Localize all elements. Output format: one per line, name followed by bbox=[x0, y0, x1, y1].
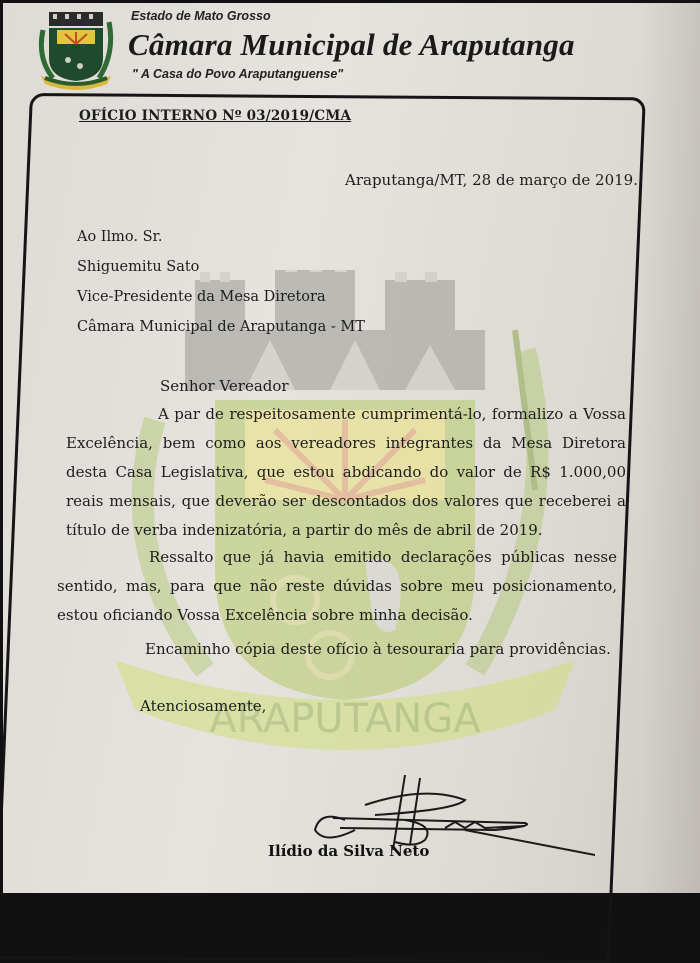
document-reference: OFÍCIO INTERNO Nº 03/2019/CMA bbox=[79, 108, 351, 124]
municipal-coat-of-arms-icon bbox=[35, 8, 117, 90]
paper-edge-shadow bbox=[640, 0, 700, 897]
institution-name: Câmara Municipal de Araputanga bbox=[128, 27, 575, 63]
photo-frame-bottom bbox=[0, 893, 700, 897]
paragraph-3: Encaminho cópia deste ofício à tesourari… bbox=[145, 640, 611, 658]
photo-frame-left bbox=[0, 0, 3, 897]
photo-frame-top bbox=[0, 0, 700, 3]
signatory-name: Ilídio da Silva Neto bbox=[268, 842, 429, 860]
greeting: Senhor Vereador bbox=[160, 377, 289, 395]
state-name: Estado de Mato Grosso bbox=[131, 9, 271, 23]
place-date: Araputanga/MT, 28 de março de 2019. bbox=[345, 171, 638, 189]
recipient-organization: Câmara Municipal de Araputanga - MT bbox=[77, 319, 365, 335]
closing: Atenciosamente, bbox=[140, 697, 266, 715]
recipient-role: Vice-Presidente da Mesa Diretora bbox=[77, 289, 326, 305]
institution-motto: " A Casa do Povo Araputanguense" bbox=[132, 67, 343, 81]
recipient-name: Shiguemitu Sato bbox=[77, 259, 199, 275]
paragraph-2: Ressalto que já havia emitido declaraçõe… bbox=[57, 543, 617, 630]
recipient-salutation: Ao Ilmo. Sr. bbox=[77, 229, 163, 245]
paragraph-1: A par de respeitosamente cumprimentá-lo,… bbox=[66, 400, 626, 545]
